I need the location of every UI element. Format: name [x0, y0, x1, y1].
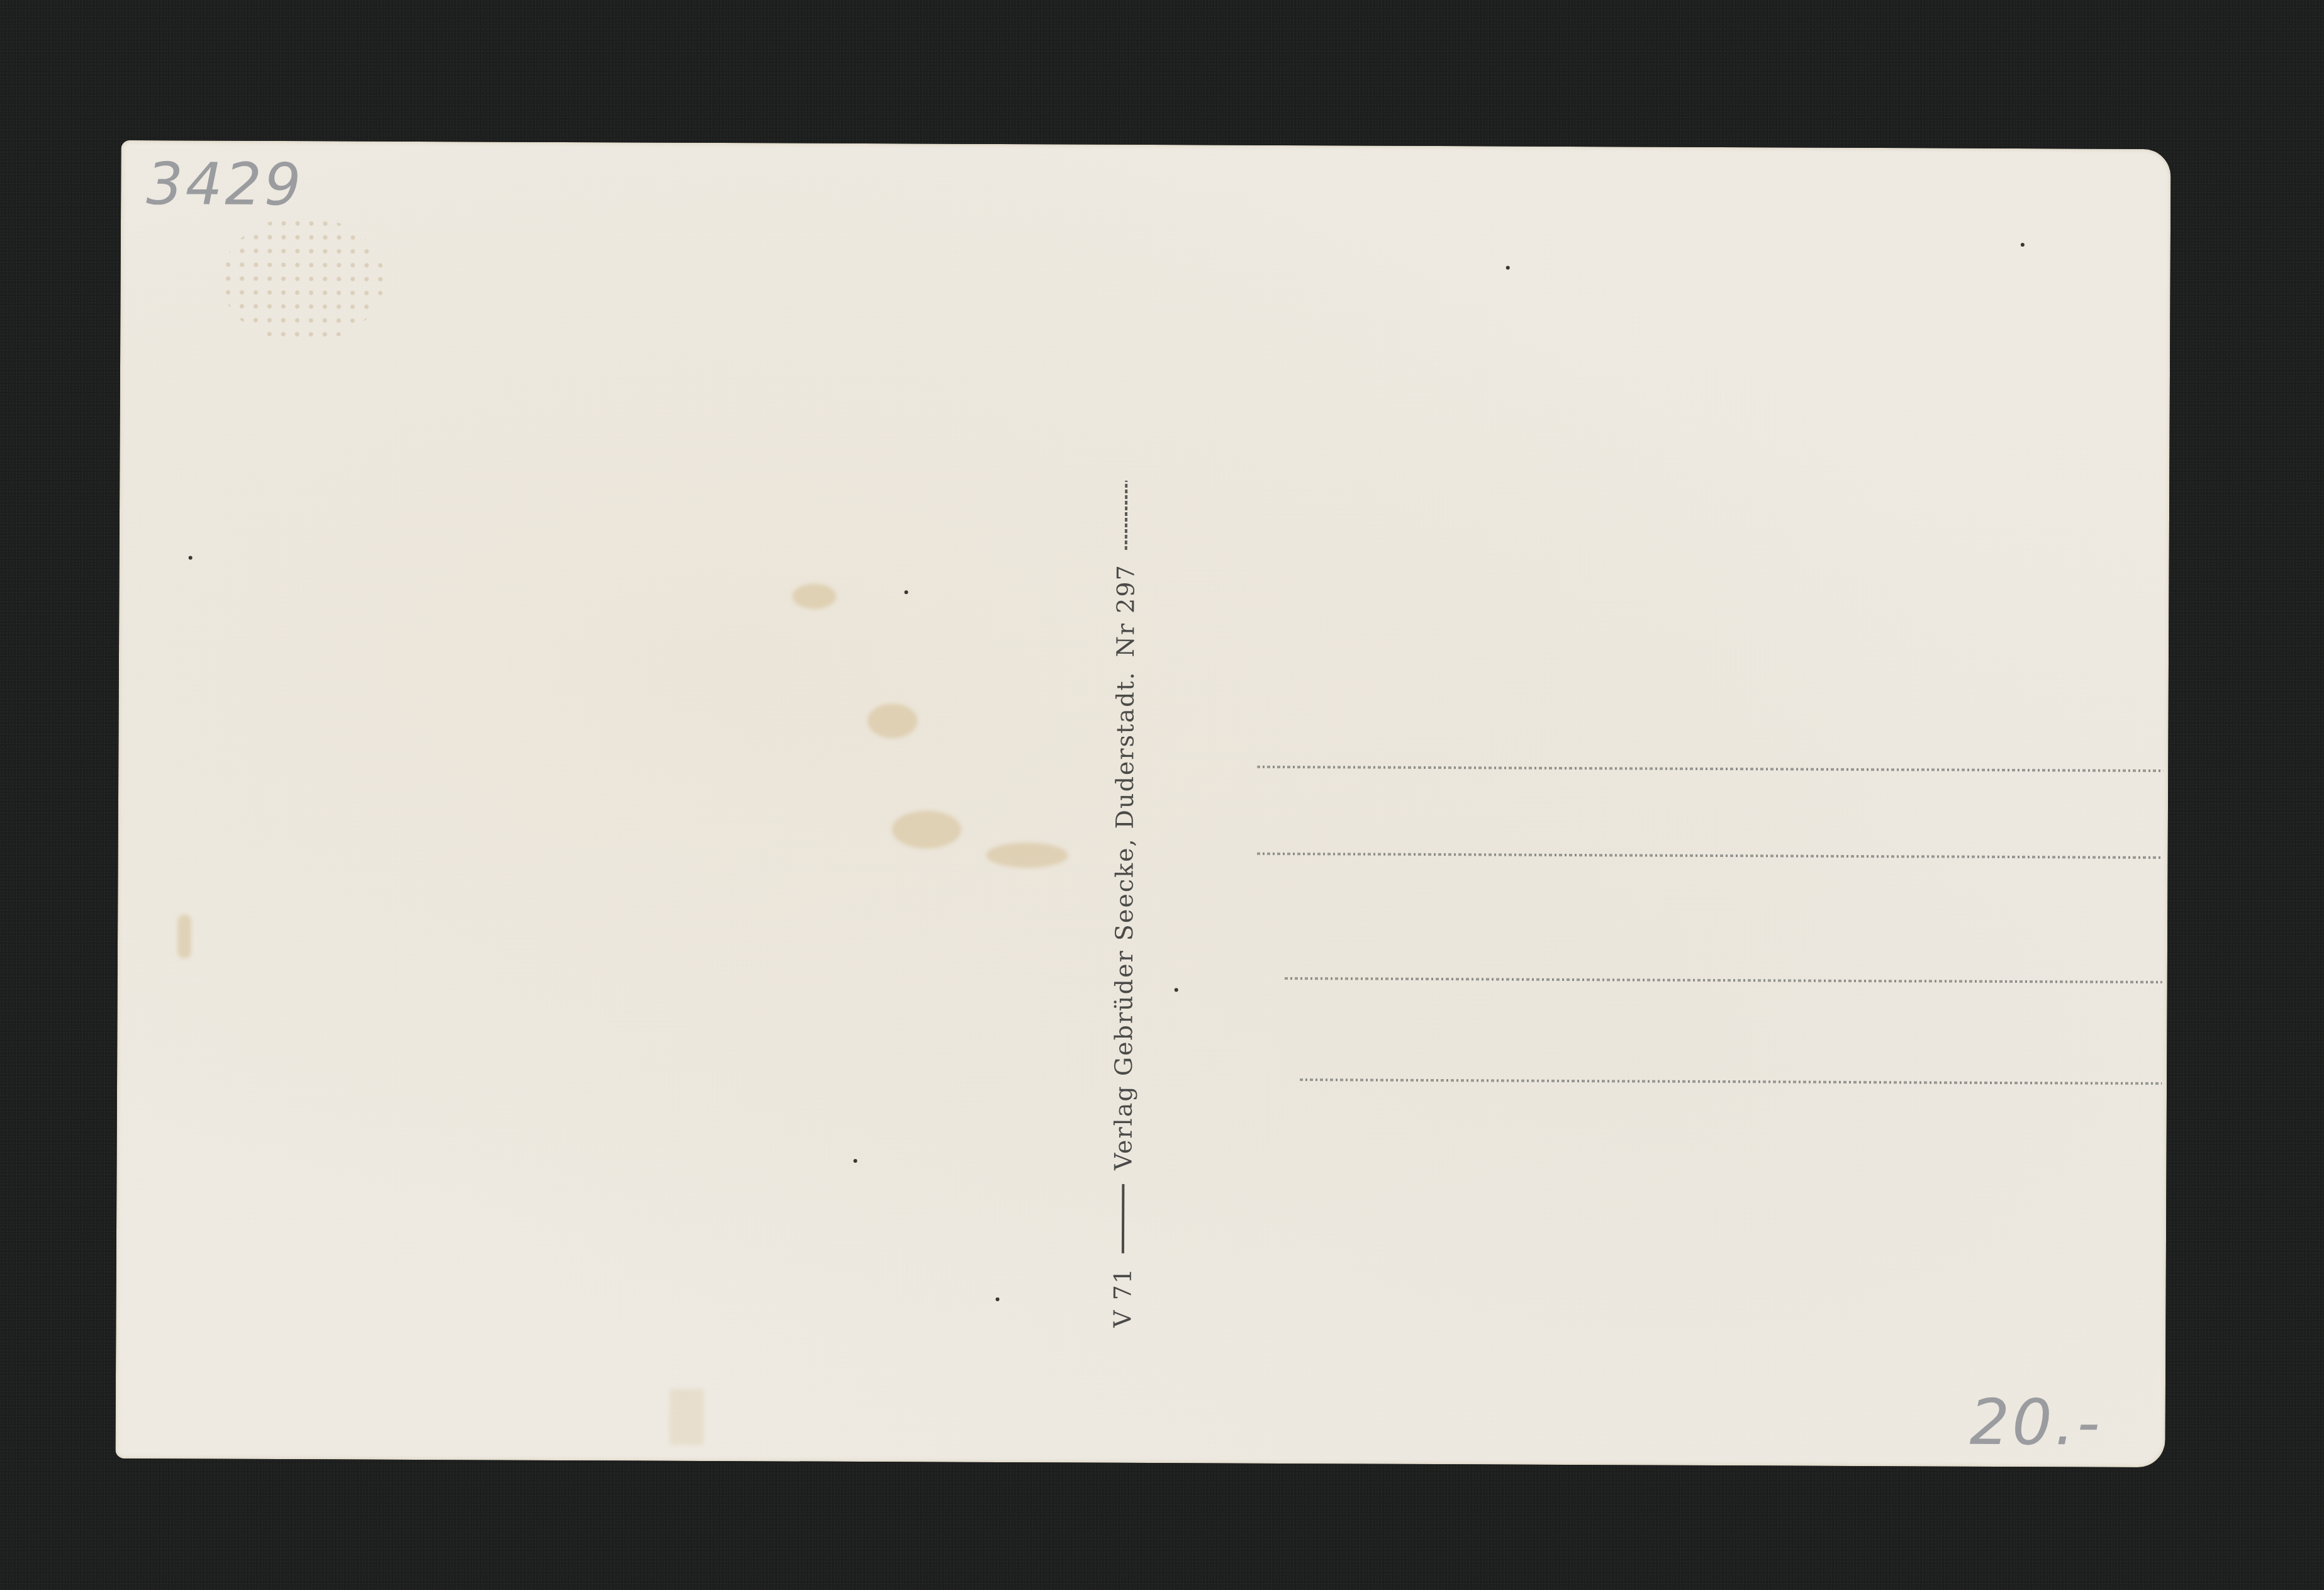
imprint-rule-dashed: [1125, 481, 1127, 550]
stain: [792, 584, 836, 609]
speck: [189, 556, 193, 559]
speck: [1175, 988, 1178, 992]
address-line-2: [1257, 853, 2163, 859]
address-line-1: [1257, 766, 2163, 772]
address-line-3: [1285, 977, 2162, 983]
speck: [1506, 266, 1510, 270]
price-annotation: 20.-: [1969, 1386, 2103, 1460]
imprint-rule: [1122, 1184, 1124, 1253]
inventory-number: 3429: [146, 150, 304, 218]
series-code: V 71: [1109, 1267, 1136, 1328]
speck: [996, 1297, 1000, 1301]
speck: [2021, 243, 2025, 247]
stain: [669, 1389, 704, 1445]
speck: [854, 1159, 858, 1163]
stain: [892, 810, 961, 848]
publisher-name: Verlag Gebrüder Seecke, Duderstadt.: [1109, 671, 1139, 1170]
postcard-back: 3429 V 71 Verlag Gebrüder Seecke, Duders…: [115, 140, 2170, 1467]
card-number: Nr 297: [1112, 564, 1140, 657]
publisher-imprint: V 71 Verlag Gebrüder Seecke, Duderstadt.…: [1109, 481, 1140, 1328]
stain: [867, 703, 917, 738]
stain: [177, 914, 191, 958]
speck: [904, 590, 908, 594]
stain: [986, 843, 1068, 868]
address-line-4: [1300, 1078, 2162, 1085]
foxing-stain: [221, 216, 385, 343]
